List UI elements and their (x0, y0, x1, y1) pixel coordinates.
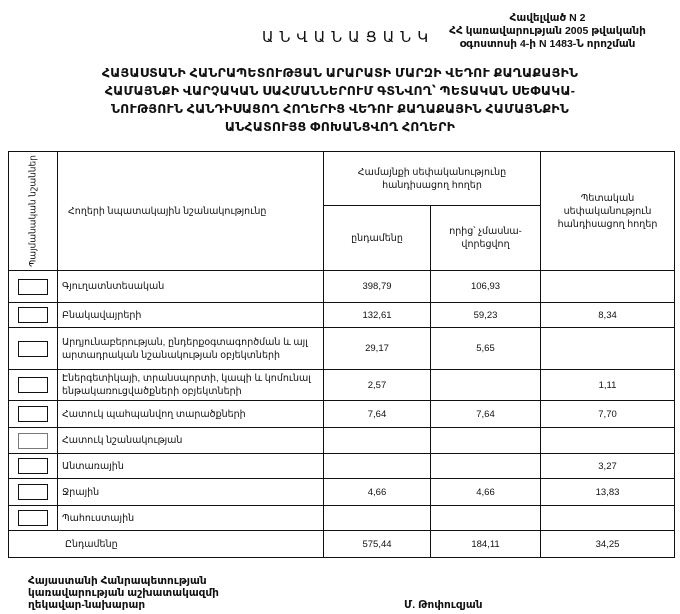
table-row: Արդյունաբերության, ընդերքօգտագործման և ա… (9, 328, 675, 370)
position-line: կառավարության աշխատակազմի (28, 587, 219, 599)
of-which-cell: 5,65 (431, 328, 541, 370)
legend-swatch-icon (18, 377, 48, 393)
of-which-cell: 4,66 (431, 479, 541, 506)
state-cell: 13,83 (541, 479, 675, 506)
purpose-cell: Արդյունաբերության, ընդերքօգտագործման և ա… (58, 328, 324, 370)
position-line: ղեկավար-նախարար (28, 599, 219, 611)
title-line: ՆՈՒԹՅՈՒՆ ՀԱՆԴԻՍԱՑՈՂ ՀՈՂԵՐԻՑ ՎԵԴՈՒ ՔԱՂԱՔԱ… (20, 100, 660, 118)
table-row: Էներգետիկայի, տրանսպորտի, կապի և կոմունա… (9, 370, 675, 401)
totals-row: Ընդամենը 575,44 184,11 34,25 (9, 531, 675, 558)
table-row: Ջրային4,664,6613,83 (9, 479, 675, 506)
state-cell: 3,27 (541, 454, 675, 479)
legend-swatch-icon (18, 341, 48, 357)
total-cell: 398,79 (324, 271, 431, 303)
position-line: Հայաստանի Հանրապետության (28, 575, 219, 587)
total-cell: 132,61 (324, 303, 431, 328)
state-cell (541, 428, 675, 454)
of-which-cell (431, 454, 541, 479)
legend-swatch-icon (18, 510, 48, 526)
legend-swatch-icon (18, 484, 48, 500)
legend-cell (9, 370, 58, 401)
state-cell: 1,11 (541, 370, 675, 401)
legend-swatch-icon (18, 433, 48, 449)
table-row: Բնակավայրերի132,6159,238,34 (9, 303, 675, 328)
of-which-cell (431, 370, 541, 401)
totals-of-which: 184,11 (431, 531, 541, 558)
signatory-position: Հայաստանի Հանրապետության կառավարության ա… (28, 575, 219, 611)
total-cell: 29,17 (324, 328, 431, 370)
header-community-group: Համայնքի սեփականությունը հանդիսացող հողե… (324, 152, 541, 206)
header-of-which: որից՝ չմասնա-վորեցվող (431, 206, 541, 271)
state-cell (541, 506, 675, 531)
legend-swatch-icon (18, 406, 48, 422)
of-which-cell (431, 428, 541, 454)
header-purpose: Հողերի նպատակային նշանակությունը (58, 152, 324, 271)
legend-swatch-icon (18, 307, 48, 323)
legend-cell (9, 479, 58, 506)
legend-cell (9, 506, 58, 531)
table-row: Գյուղատնտեսական398,79106,93 (9, 271, 675, 303)
legend-swatch-icon (18, 279, 48, 295)
title-line: ԱՆՀԱՏՈՒՅՑ ՓՈԽԱՆՑՎՈՂ ՀՈՂԵՐԻ (20, 118, 660, 136)
purpose-cell: Պահուստային (58, 506, 324, 531)
of-which-cell (431, 506, 541, 531)
total-cell: 2,57 (324, 370, 431, 401)
header-state: Պետական սեփականություն հանդիսացող հողեր (541, 152, 675, 271)
annex-line: ՀՀ կառավարության 2005 թվականի (420, 25, 675, 38)
title-line: ՀԱՅԱՍՏԱՆԻ ՀԱՆՐԱՊԵՏՈՒԹՅԱՆ ԱՐԱՐԱՏԻ ՄԱՐԶԻ Վ… (20, 64, 660, 82)
legend-cell (9, 454, 58, 479)
document-title: ՀԱՅԱՍՏԱՆԻ ՀԱՆՐԱՊԵՏՈՒԹՅԱՆ ԱՐԱՐԱՏԻ ՄԱՐԶԻ Վ… (20, 64, 660, 136)
total-cell (324, 506, 431, 531)
state-cell (541, 271, 675, 303)
purpose-cell: Գյուղատնտեսական (58, 271, 324, 303)
state-cell (541, 328, 675, 370)
table-row: Հատուկ նշանակության (9, 428, 675, 454)
legend-cell (9, 328, 58, 370)
totals-total: 575,44 (324, 531, 431, 558)
purpose-cell: Ջրային (58, 479, 324, 506)
purpose-cell: Բնակավայրերի (58, 303, 324, 328)
total-cell (324, 428, 431, 454)
state-cell: 8,34 (541, 303, 675, 328)
annex-line: Հավելված N 2 (420, 12, 675, 25)
purpose-cell: Էներգետիկայի, տրանսպորտի, կապի և կոմունա… (58, 370, 324, 401)
legend-cell (9, 401, 58, 428)
total-cell: 7,64 (324, 401, 431, 428)
totals-label: Ընդամենը (9, 531, 324, 558)
table-row: Անտառային3,27 (9, 454, 675, 479)
table-row: Պահուստային (9, 506, 675, 531)
table-row: Հատուկ պահպանվող տարածքների7,647,647,70 (9, 401, 675, 428)
header-legend: Պայմանական նշաններ (9, 152, 58, 271)
annex-line: օգոստոսի 4-ի N 1483-Ն որոշման (420, 38, 675, 51)
header-total: ընդամենը (324, 206, 431, 271)
of-which-cell: 106,93 (431, 271, 541, 303)
purpose-cell: Հատուկ նշանակության (58, 428, 324, 454)
signatory-name: Մ. Թոփուզյան (404, 599, 482, 611)
purpose-cell: Հատուկ պահպանվող տարածքների (58, 401, 324, 428)
of-which-cell: 7,64 (431, 401, 541, 428)
totals-state: 34,25 (541, 531, 675, 558)
legend-cell (9, 271, 58, 303)
legend-cell (9, 303, 58, 328)
legend-swatch-icon (18, 458, 48, 474)
legend-cell (9, 428, 58, 454)
total-cell (324, 454, 431, 479)
purpose-cell: Անտառային (58, 454, 324, 479)
total-cell: 4,66 (324, 479, 431, 506)
of-which-cell: 59,23 (431, 303, 541, 328)
document-name: ԱՆՎԱՆԱՑԱՆԿ (262, 28, 434, 46)
state-cell: 7,70 (541, 401, 675, 428)
land-table: Պայմանական նշաններ Հողերի նպատակային նշա… (8, 151, 675, 558)
title-line: ՀԱՄԱՅՆՔԻ ՎԱՐՉԱԿԱՆ ՍԱՀՄԱՆՆԵՐՈՒՄ ԳՏՆՎՈՂ՝ Պ… (20, 82, 660, 100)
annex-note: Հավելված N 2 ՀՀ կառավարության 2005 թվակա… (420, 12, 675, 51)
